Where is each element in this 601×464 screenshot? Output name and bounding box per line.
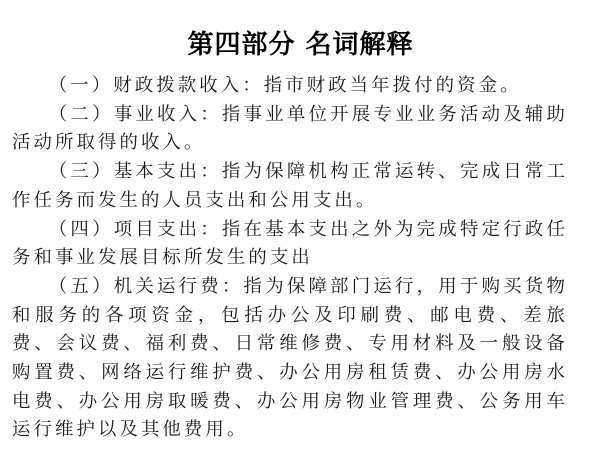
definition-agency-operating-costs: （五）机关运行费：指为保障部门运行，用于购买货物和服务的各项资金，包括办公及印刷… xyxy=(12,273,568,445)
definition-project-expenditure: （四）项目支出：指在基本支出之外为完成特定行政任务和事业发展目标所发生的支出 xyxy=(12,216,568,273)
definition-business-income: （二）事业收入：指事业单位开展专业业务活动及辅助活动所取得的收入。 xyxy=(12,101,568,158)
section-title: 第四部分 名词解释 xyxy=(0,25,601,65)
definition-fiscal-appropriation-income: （一）财政拨款收入：指市财政当年拨付的资金。 xyxy=(12,72,568,101)
definition-basic-expenditure: （三）基本支出：指为保障机构正常运转、完成日常工作任务而发生的人员支出和公用支出… xyxy=(12,158,568,215)
definitions-list: （一）财政拨款收入：指市财政当年拨付的资金。 （二）事业收入：指事业单位开展专业… xyxy=(12,72,568,445)
